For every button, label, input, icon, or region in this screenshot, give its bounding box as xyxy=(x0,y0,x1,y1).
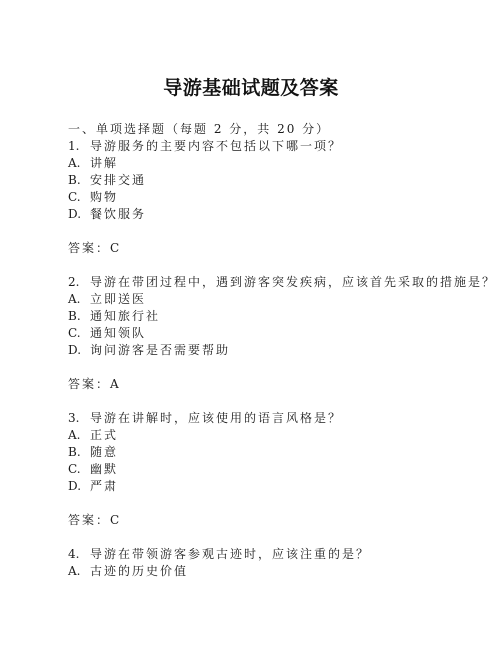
option-text: 购物 xyxy=(90,190,118,204)
option-line: B.安排交通 xyxy=(68,172,472,189)
option-line: D.餐饮服务 xyxy=(68,206,472,223)
option-line: A.立即送医 xyxy=(68,291,472,308)
page-title: 导游基础试题及答案 xyxy=(0,76,502,101)
option-text: 随意 xyxy=(90,445,118,459)
option-letter: C. xyxy=(68,461,90,478)
question-number: 1. xyxy=(68,138,90,155)
option-line: C.购物 xyxy=(68,189,472,206)
option-text: 通知旅行社 xyxy=(90,309,160,323)
option-line: D.询问游客是否需要帮助 xyxy=(68,342,472,359)
answer-line: 答案：A xyxy=(68,376,472,393)
option-letter: C. xyxy=(68,325,90,342)
question-line: 1.导游服务的主要内容不包括以下哪一项？ xyxy=(68,138,472,155)
option-text: 安排交通 xyxy=(90,173,146,187)
option-line: A.正式 xyxy=(68,427,472,444)
option-text: 幽默 xyxy=(90,462,118,476)
question-number: 3. xyxy=(68,410,90,427)
option-text: 严肃 xyxy=(90,479,118,493)
option-text: 餐饮服务 xyxy=(90,207,146,221)
question-line: 3.导游在讲解时，应该使用的语言风格是？ xyxy=(68,410,472,427)
option-text: 讲解 xyxy=(90,156,118,170)
option-letter: D. xyxy=(68,342,90,359)
option-letter: A. xyxy=(68,155,90,172)
option-letter: D. xyxy=(68,206,90,223)
option-line: A.古迹的历史价值 xyxy=(68,563,472,580)
document-body: 一、单项选择题（每题 2 分，共 20 分） 1.导游服务的主要内容不包括以下哪… xyxy=(68,121,472,580)
question-text: 导游在讲解时，应该使用的语言风格是？ xyxy=(90,411,342,425)
question-text: 导游在带领游客参观古迹时，应该注重的是？ xyxy=(90,547,370,561)
section-heading: 一、单项选择题（每题 2 分，共 20 分） xyxy=(68,121,472,138)
answer-line: 答案：C xyxy=(68,512,472,529)
document-page: 导游基础试题及答案 一、单项选择题（每题 2 分，共 20 分） 1.导游服务的… xyxy=(0,0,502,649)
option-letter: A. xyxy=(68,563,90,580)
option-text: 询问游客是否需要帮助 xyxy=(90,343,230,357)
option-letter: C. xyxy=(68,189,90,206)
option-text: 立即送医 xyxy=(90,292,146,306)
option-text: 古迹的历史价值 xyxy=(90,564,188,578)
option-letter: B. xyxy=(68,172,90,189)
question-line: 2.导游在带团过程中，遇到游客突发疾病，应该首先采取的措施是？ xyxy=(68,274,472,291)
question-number: 2. xyxy=(68,274,90,291)
option-letter: A. xyxy=(68,427,90,444)
option-letter: A. xyxy=(68,291,90,308)
answer-line: 答案：C xyxy=(68,240,472,257)
option-line: C.通知领队 xyxy=(68,325,472,342)
option-line: B.通知旅行社 xyxy=(68,308,472,325)
question-text: 导游服务的主要内容不包括以下哪一项？ xyxy=(90,139,342,153)
option-line: B.随意 xyxy=(68,444,472,461)
option-line: A.讲解 xyxy=(68,155,472,172)
question-line: 4.导游在带领游客参观古迹时，应该注重的是？ xyxy=(68,546,472,563)
option-line: C.幽默 xyxy=(68,461,472,478)
question-number: 4. xyxy=(68,546,90,563)
question-text: 导游在带团过程中，遇到游客突发疾病，应该首先采取的措施是？ xyxy=(90,275,496,289)
option-text: 正式 xyxy=(90,428,118,442)
option-text: 通知领队 xyxy=(90,326,146,340)
option-letter: B. xyxy=(68,444,90,461)
option-line: D.严肃 xyxy=(68,478,472,495)
option-letter: D. xyxy=(68,478,90,495)
option-letter: B. xyxy=(68,308,90,325)
